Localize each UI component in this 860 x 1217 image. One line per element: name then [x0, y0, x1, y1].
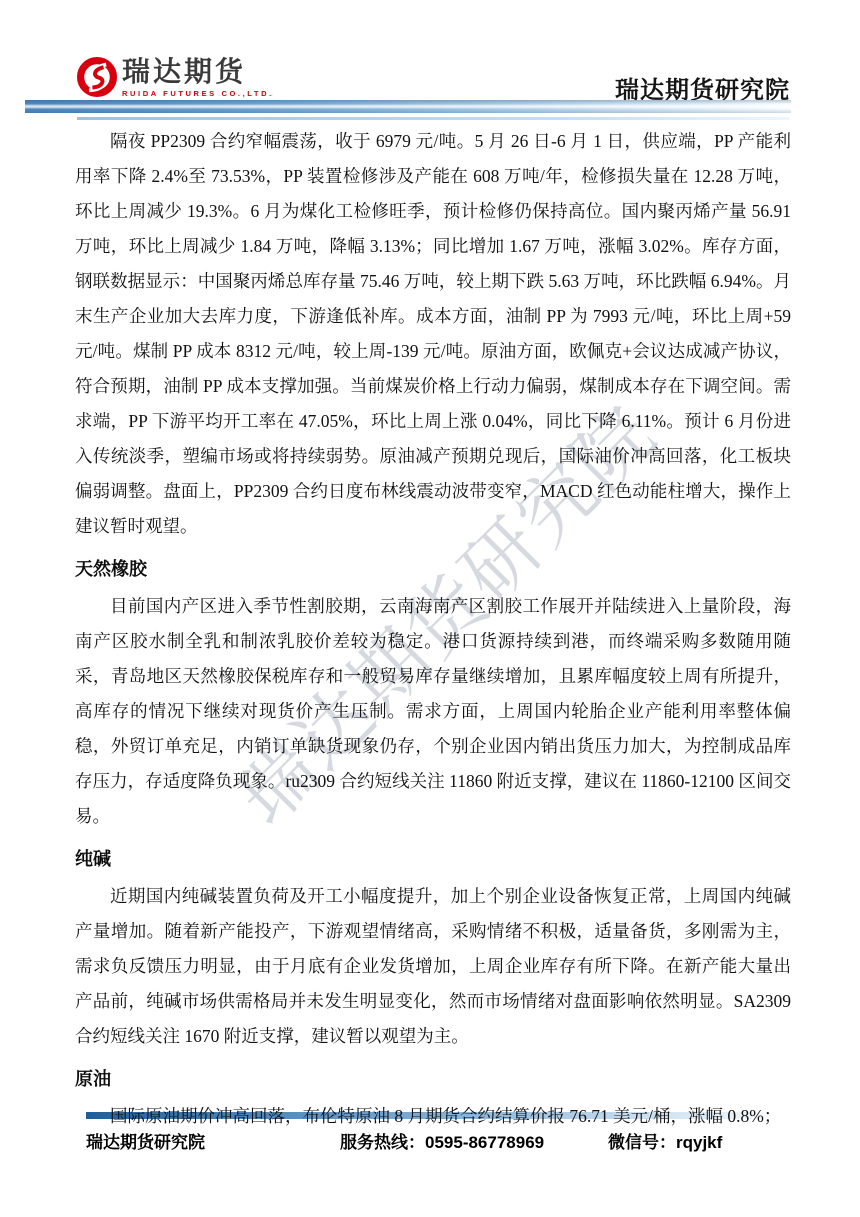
- paragraph-pp2309: 隔夜 PP2309 合约窄幅震荡，收于 6979 元/吨。5 月 26 日-6 …: [75, 124, 791, 544]
- section-heading-soda-ash: 纯碱: [75, 842, 791, 877]
- document-body: 隔夜 PP2309 合约窄幅震荡，收于 6979 元/吨。5 月 26 日-6 …: [75, 124, 791, 1134]
- report-page: 瑞达期货研究院 瑞达期货 RUIDA FUTURES CO.,LTD. 瑞达期货…: [0, 0, 860, 1217]
- section-heading-crude-oil: 原油: [75, 1062, 791, 1097]
- brand-name-en: RUIDA FUTURES CO.,LTD.: [122, 89, 274, 98]
- brand-name-cn: 瑞达期货: [122, 57, 274, 87]
- header-divider-bar: [25, 100, 791, 113]
- ruida-logo-icon: [76, 56, 118, 98]
- section-heading-natural-rubber: 天然橡胶: [75, 552, 791, 587]
- company-logo: 瑞达期货 RUIDA FUTURES CO.,LTD.: [76, 56, 274, 98]
- paragraph-crude-oil: 国际原油期价冲高回落，布伦特原油 8 月期货合约结算价报 76.71 美元/桶，…: [75, 1099, 791, 1134]
- header-divider-thin-line: [77, 117, 789, 120]
- brand-text-block: 瑞达期货 RUIDA FUTURES CO.,LTD.: [122, 57, 274, 98]
- paragraph-natural-rubber: 目前国内产区进入季节性割胶期，云南海南产区割胶工作展开并陆续进入上量阶段，海南产…: [75, 589, 791, 834]
- paragraph-soda-ash: 近期国内纯碱装置负荷及开工小幅度提升，加上个别企业设备恢复正常，上周国内纯碱产量…: [75, 879, 791, 1054]
